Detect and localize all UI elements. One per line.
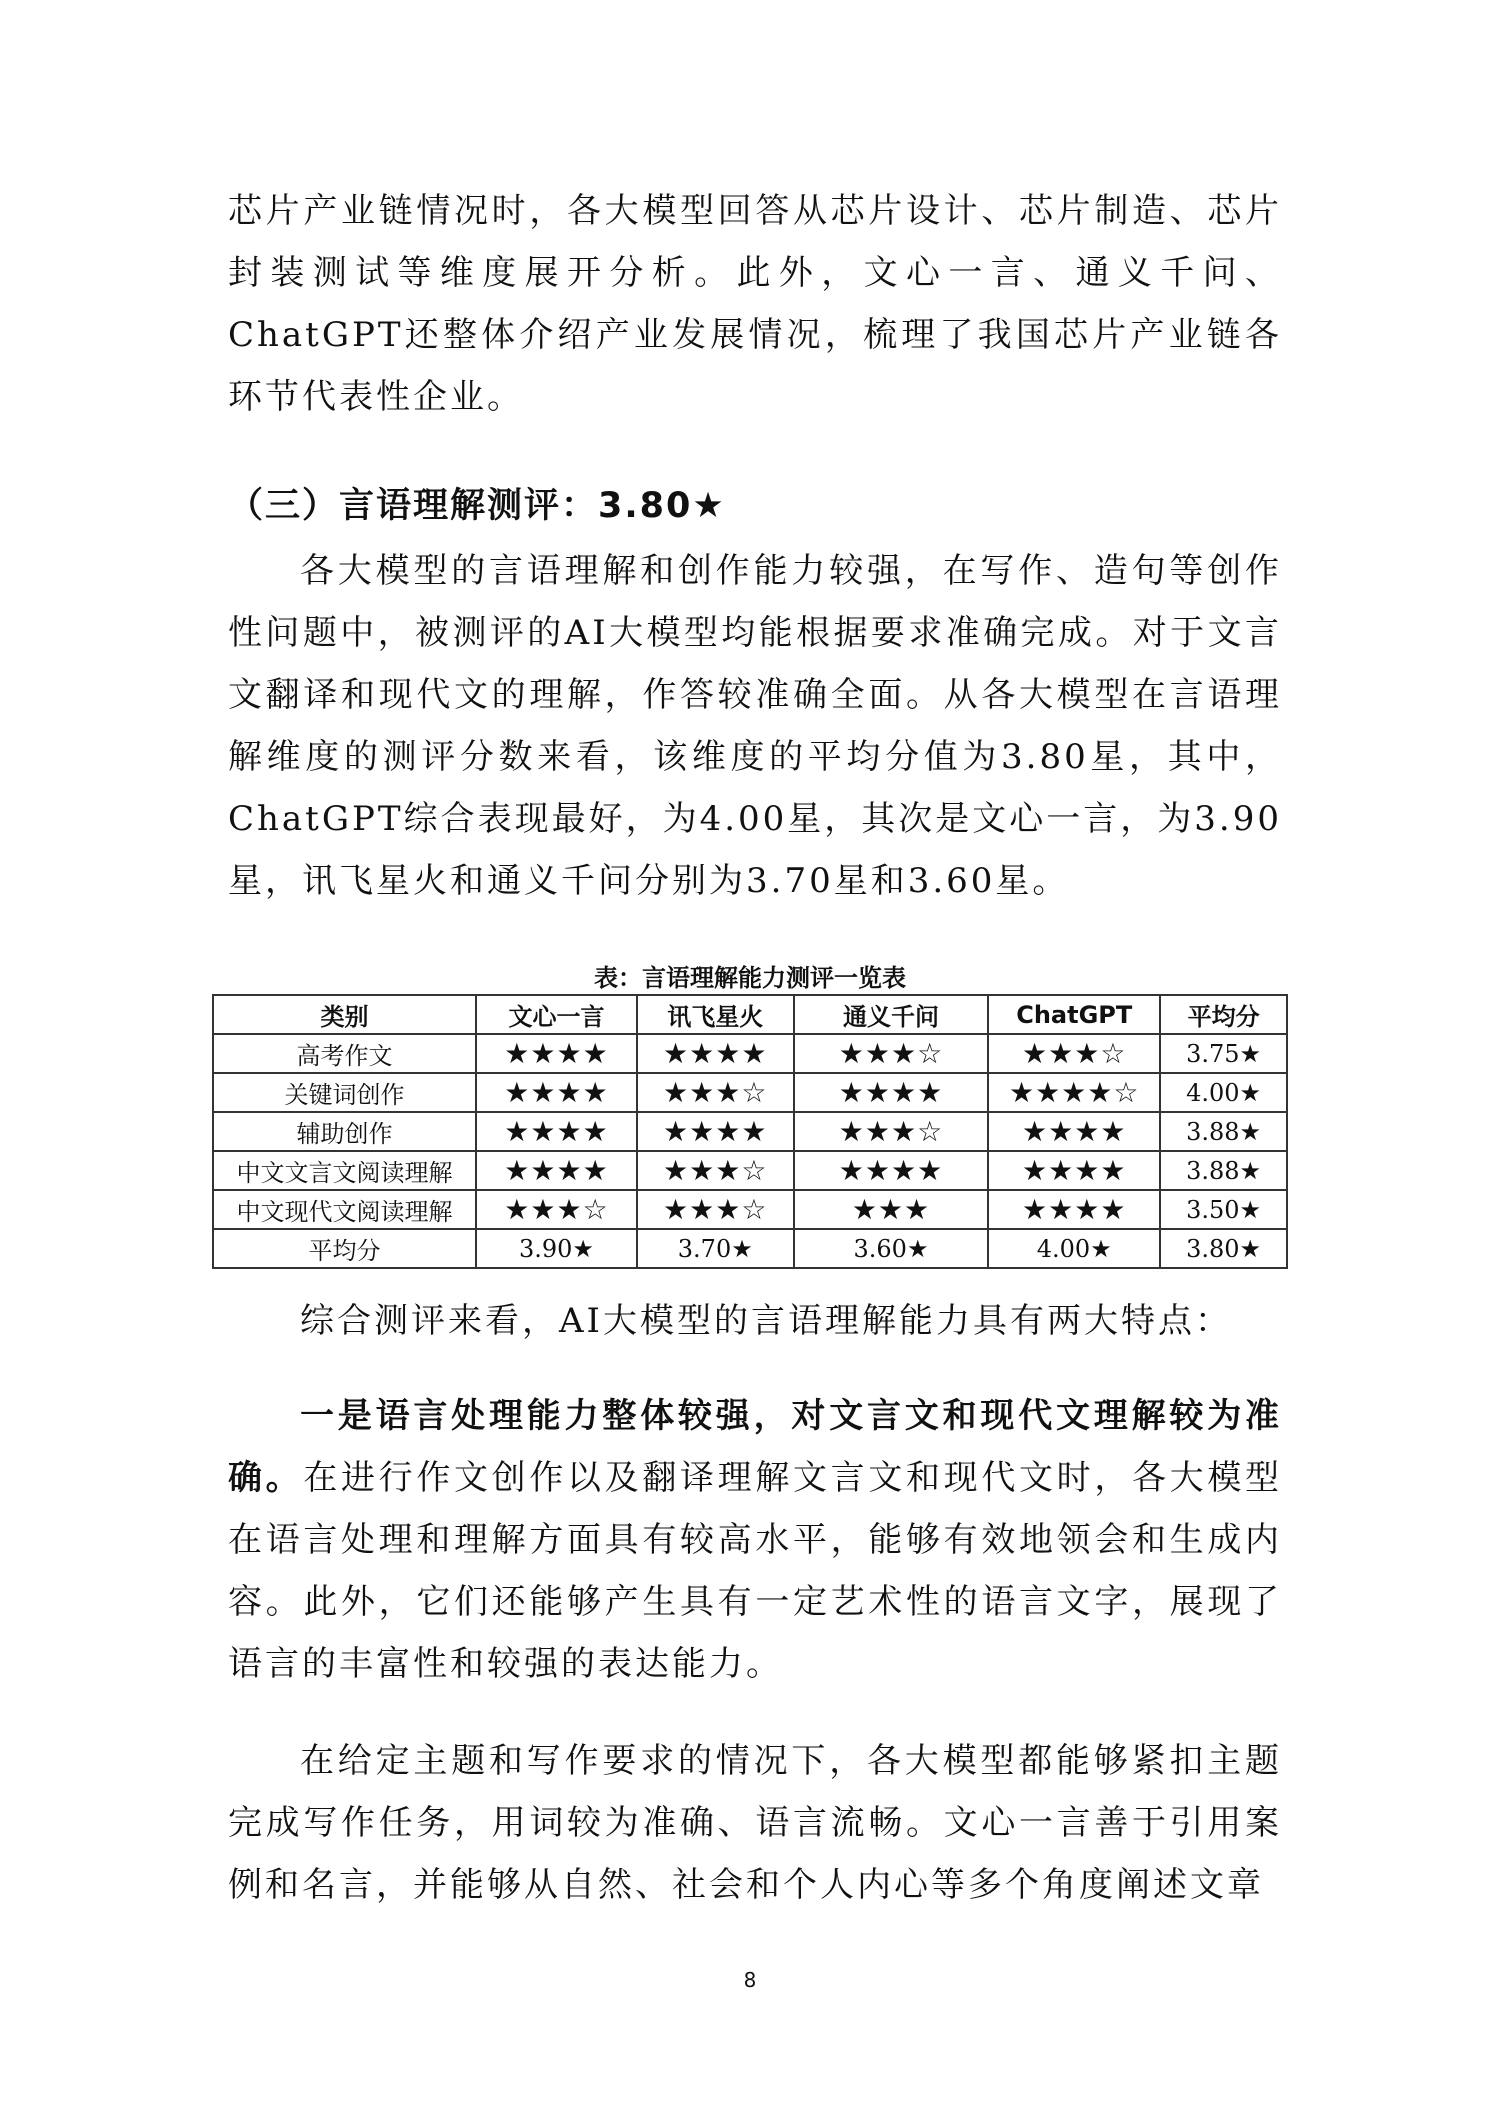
rating-cell: ★★★☆ bbox=[637, 1151, 794, 1190]
rating-cell: ★★★☆ bbox=[988, 1034, 1160, 1073]
paragraph-chip-industry: 芯片产业链情况时，各大模型回答从芯片设计、芯片制造、芯片封装测试等维度展开分析。… bbox=[228, 180, 1282, 428]
table-row: 中文文言文阅读理解 ★★★★ ★★★☆ ★★★★ ★★★★ 3.88★ bbox=[213, 1151, 1287, 1190]
page-number: 8 bbox=[0, 1968, 1500, 1992]
category-cell: 关键词创作 bbox=[213, 1073, 476, 1112]
rating-cell: ★★★★ bbox=[476, 1112, 637, 1151]
header-average: 平均分 bbox=[1160, 995, 1287, 1034]
average-cell: 3.88★ bbox=[1160, 1151, 1287, 1190]
rating-cell: ★★★★ bbox=[988, 1190, 1160, 1229]
rating-cell: ★★★★ bbox=[637, 1112, 794, 1151]
rating-cell: ★★★★ bbox=[637, 1034, 794, 1073]
category-cell: 中文文言文阅读理解 bbox=[213, 1151, 476, 1190]
rating-cell: ★★★☆ bbox=[794, 1112, 989, 1151]
rating-cell: ★★★★ bbox=[794, 1073, 989, 1112]
average-cell: 3.88★ bbox=[1160, 1112, 1287, 1151]
rating-cell: ★★★☆ bbox=[476, 1190, 637, 1229]
rating-cell: ★★★★ bbox=[794, 1151, 989, 1190]
rating-cell: ★★★☆ bbox=[794, 1034, 989, 1073]
category-cell: 高考作文 bbox=[213, 1034, 476, 1073]
paragraph-language-summary: 各大模型的言语理解和创作能力较强，在写作、造句等创作性问题中，被测评的AI大模型… bbox=[228, 540, 1282, 912]
language-evaluation-table: 类别 文心一言 讯飞星火 通义千问 ChatGPT 平均分 高考作文 ★★★★ … bbox=[212, 994, 1288, 1269]
table-row-average: 平均分 3.90★ 3.70★ 3.60★ 4.00★ 3.80★ bbox=[213, 1229, 1287, 1268]
average-cell: 3.70★ bbox=[637, 1229, 794, 1268]
table-caption: 表：言语理解能力测评一览表 bbox=[212, 958, 1288, 993]
rating-cell: ★★★★ bbox=[476, 1073, 637, 1112]
rating-cell: ★★★★ bbox=[988, 1151, 1160, 1190]
paragraph-two-features: 综合测评来看，AI大模型的言语理解能力具有两大特点： bbox=[228, 1290, 1282, 1352]
header-chatgpt: ChatGPT bbox=[988, 995, 1160, 1034]
average-cell: 3.60★ bbox=[794, 1229, 989, 1268]
category-cell: 中文现代文阅读理解 bbox=[213, 1190, 476, 1229]
header-wenxin: 文心一言 bbox=[476, 995, 637, 1034]
paragraph-feature-one: 一是语言处理能力整体较强，对文言文和现代文理解较为准确。在进行作文创作以及翻译理… bbox=[228, 1385, 1282, 1695]
category-cell: 平均分 bbox=[213, 1229, 476, 1268]
table-row: 辅助创作 ★★★★ ★★★★ ★★★☆ ★★★★ 3.88★ bbox=[213, 1112, 1287, 1151]
rating-cell: ★★★★ bbox=[988, 1112, 1160, 1151]
category-cell: 辅助创作 bbox=[213, 1112, 476, 1151]
average-cell: 4.00★ bbox=[1160, 1073, 1287, 1112]
rating-cell: ★★★★ bbox=[476, 1034, 637, 1073]
feature-one-body: 在进行作文创作以及翻译理解文言文和现代文时，各大模型在语言处理和理解方面具有较高… bbox=[228, 1458, 1282, 1684]
table-row: 高考作文 ★★★★ ★★★★ ★★★☆ ★★★☆ 3.75★ bbox=[213, 1034, 1287, 1073]
table-row: 关键词创作 ★★★★ ★★★☆ ★★★★ ★★★★☆ 4.00★ bbox=[213, 1073, 1287, 1112]
average-cell: 3.80★ bbox=[1160, 1229, 1287, 1268]
rating-cell: ★★★☆ bbox=[637, 1190, 794, 1229]
rating-cell: ★★★★ bbox=[476, 1151, 637, 1190]
header-category: 类别 bbox=[213, 995, 476, 1034]
rating-cell: ★★★★☆ bbox=[988, 1073, 1160, 1112]
header-tongyi: 通义千问 bbox=[794, 995, 989, 1034]
paragraph-writing-tasks: 在给定主题和写作要求的情况下，各大模型都能够紧扣主题完成写作任务，用词较为准确、… bbox=[228, 1730, 1282, 1916]
header-xunfei: 讯飞星火 bbox=[637, 995, 794, 1034]
average-cell: 4.00★ bbox=[988, 1229, 1160, 1268]
rating-cell: ★★★☆ bbox=[637, 1073, 794, 1112]
average-cell: 3.50★ bbox=[1160, 1190, 1287, 1229]
table-row: 中文现代文阅读理解 ★★★☆ ★★★☆ ★★★ ★★★★ 3.50★ bbox=[213, 1190, 1287, 1229]
rating-cell: ★★★ bbox=[794, 1190, 989, 1229]
average-cell: 3.75★ bbox=[1160, 1034, 1287, 1073]
section-heading: （三）言语理解测评：3.80★ bbox=[228, 478, 726, 528]
average-cell: 3.90★ bbox=[476, 1229, 637, 1268]
table-header-row: 类别 文心一言 讯飞星火 通义千问 ChatGPT 平均分 bbox=[213, 995, 1287, 1034]
